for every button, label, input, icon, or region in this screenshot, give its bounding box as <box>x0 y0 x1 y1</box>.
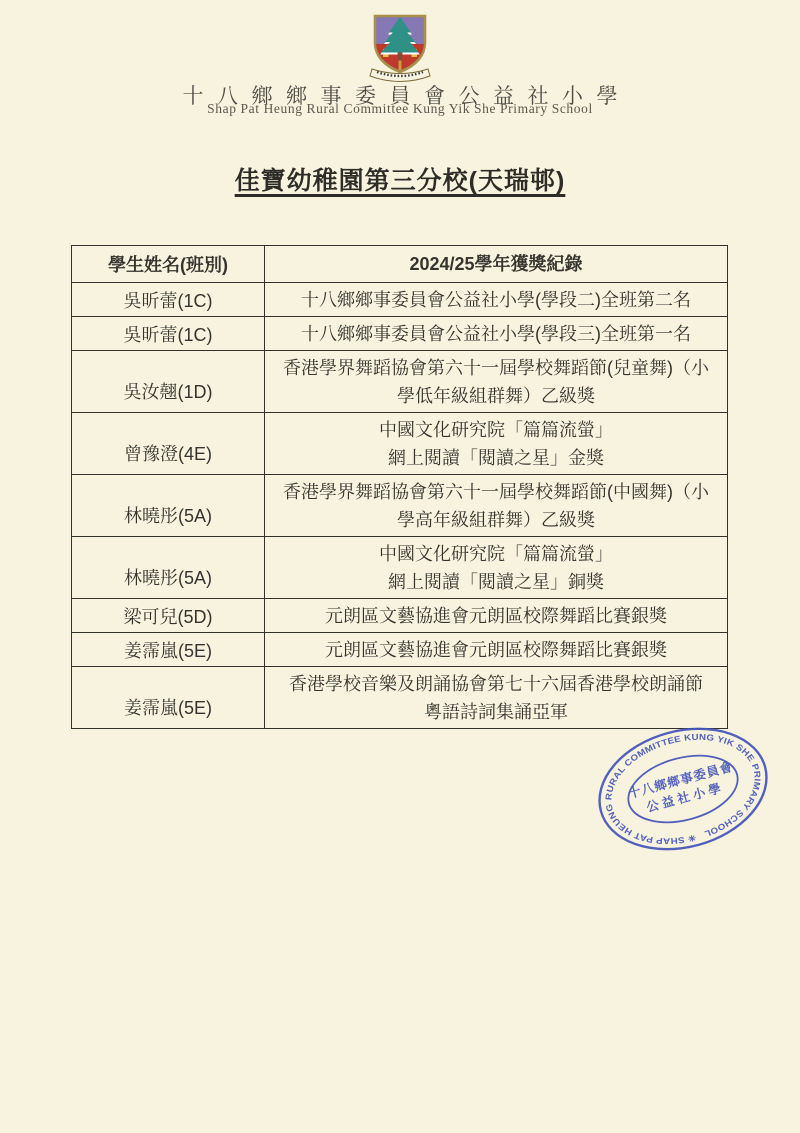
student-name: 姜霈嵐(5E) <box>72 633 265 666</box>
student-name: 姜霈嵐(5E) <box>72 667 265 728</box>
award-text: 十八鄉鄉事委員會公益社小學(學段二)全班第二名 <box>265 283 727 316</box>
awards-table: 學生姓名(班別) 2024/25學年獲獎紀錄 吳昕蕾(1C) 十八鄉鄉事委員會公… <box>71 245 728 729</box>
award-text: 香港學界舞蹈協會第六十一屆學校舞蹈節(兒童舞)（小 學低年級組群舞）乙級獎 <box>265 351 727 412</box>
award-text: 元朗區文藝協進會元朗區校際舞蹈比賽銀獎 <box>265 633 727 666</box>
award-text: 元朗區文藝協進會元朗區校際舞蹈比賽銀獎 <box>265 599 727 632</box>
page-title: 佳寶幼稚園第三分校(天瑞邨) <box>0 161 800 197</box>
table-row: 吳昕蕾(1C) 十八鄉鄉事委員會公益社小學(學段二)全班第二名 <box>72 282 727 316</box>
student-name: 梁可兒(5D) <box>72 599 265 632</box>
school-name-en: Shap Pat Heung Rural Committee Kung Yik … <box>0 101 800 117</box>
school-stamp: ✳ SHAP PAT HEUNG RURAL COMMITTEE KUNG YI… <box>568 699 798 879</box>
student-name: 林曉彤(5A) <box>72 537 265 598</box>
table-row: 吳昕蕾(1C) 十八鄉鄉事委員會公益社小學(學段三)全班第一名 <box>72 316 727 350</box>
table-row: 林曉彤(5A) 香港學界舞蹈協會第六十一屆學校舞蹈節(中國舞)（小 學高年級組群… <box>72 474 727 536</box>
award-text: 中國文化研究院「篇篇流螢」 網上閱讀「閱讀之星」金獎 <box>265 413 727 474</box>
table-row: 曾豫澄(4E) 中國文化研究院「篇篇流螢」 網上閱讀「閱讀之星」金獎 <box>72 412 727 474</box>
table-row: 梁可兒(5D) 元朗區文藝協進會元朗區校際舞蹈比賽銀獎 <box>72 598 727 632</box>
table-row: 林曉彤(5A) 中國文化研究院「篇篇流螢」 網上閱讀「閱讀之星」銅獎 <box>72 536 727 598</box>
award-text: 中國文化研究院「篇篇流螢」 網上閱讀「閱讀之星」銅獎 <box>265 537 727 598</box>
stamp-ring-text: ✳ SHAP PAT HEUNG RURAL COMMITTEE KUNG YI… <box>590 715 775 863</box>
student-name: 吳昕蕾(1C) <box>72 317 265 350</box>
table-header-row: 學生姓名(班別) 2024/25學年獲獎紀錄 <box>72 246 727 282</box>
school-crest-icon <box>368 12 432 86</box>
col-header-student: 學生姓名(班別) <box>72 246 265 282</box>
svg-text:✳ SHAP PAT HEUNG RURAL COMMITT: ✳ SHAP PAT HEUNG RURAL COMMITTEE KUNG YI… <box>590 715 775 863</box>
award-text: 十八鄉鄉事委員會公益社小學(學段三)全班第一名 <box>265 317 727 350</box>
student-name: 吳汝翹(1D) <box>72 351 265 412</box>
col-header-awards: 2024/25學年獲獎紀錄 <box>265 246 727 282</box>
document-page: 十八鄉鄉事委員會公益社小學 Shap Pat Heung Rural Commi… <box>0 0 800 1133</box>
award-text: 香港學界舞蹈協會第六十一屆學校舞蹈節(中國舞)（小 學高年級組群舞）乙級獎 <box>265 475 727 536</box>
table-row: 姜霈嵐(5E) 元朗區文藝協進會元朗區校際舞蹈比賽銀獎 <box>72 632 727 666</box>
student-name: 林曉彤(5A) <box>72 475 265 536</box>
table-row: 吳汝翹(1D) 香港學界舞蹈協會第六十一屆學校舞蹈節(兒童舞)（小 學低年級組群… <box>72 350 727 412</box>
student-name: 曾豫澄(4E) <box>72 413 265 474</box>
student-name: 吳昕蕾(1C) <box>72 283 265 316</box>
